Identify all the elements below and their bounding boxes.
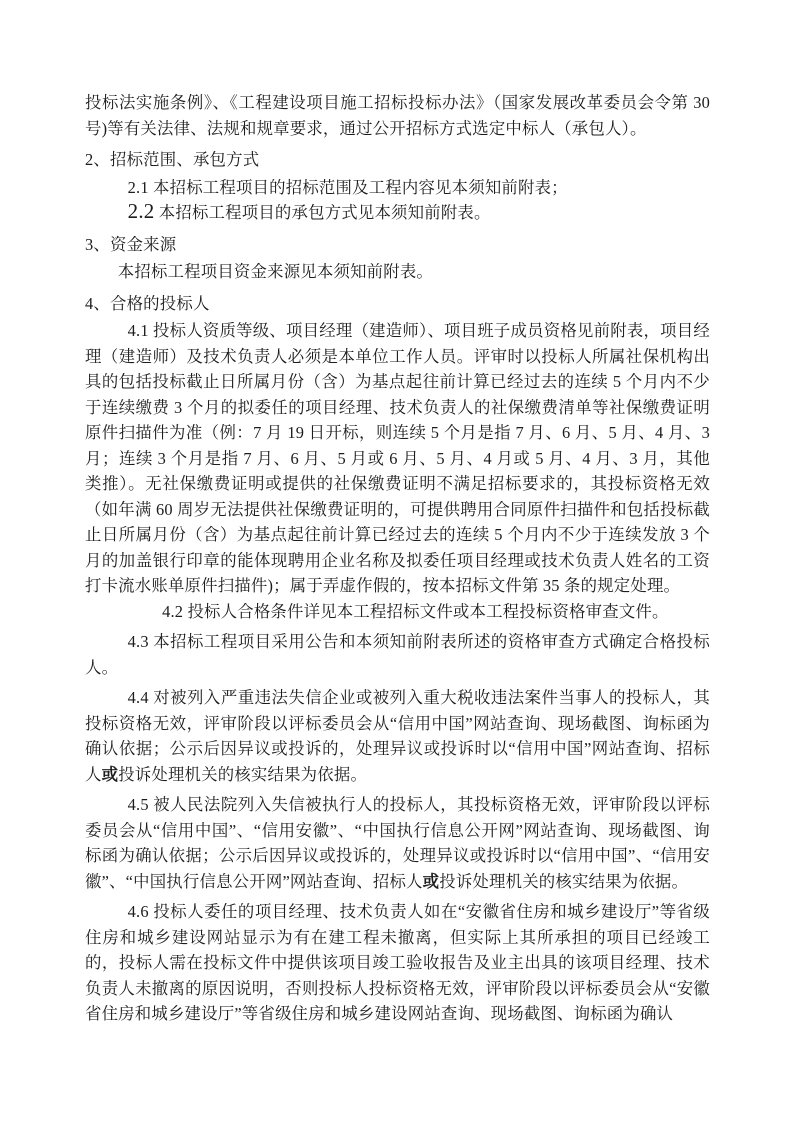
document-page: 投标法实施条例》、《工程建设项目施工招标投标办法》（国家发展改革委员会令第 30… xyxy=(0,0,794,1122)
clause-4-1: 4.1 投标人资质等级、项目经理（建造师）、项目班子成员资格见前附表，项目经理（… xyxy=(85,318,710,599)
text-run: 本招标工程项目的承包方式见本须知前附表。 xyxy=(154,203,490,222)
text-run: 4.2 投标人合格条件详见本工程招标文件或本工程投标资格审查文件。 xyxy=(162,602,669,621)
text-run: 投诉处理机关的核实结果为依据。 xyxy=(439,872,688,891)
text-run: 4、合格的投标人 xyxy=(85,294,210,313)
paragraph-law-basis: 投标法实施条例》、《工程建设项目施工招标投标办法》（国家发展改革委员会令第 30… xyxy=(85,90,710,141)
clause-4-4: 4.4 对被列入严重违法失信企业或被列入重大税收违法案件当事人的投标人，其投标资… xyxy=(85,685,710,787)
bold-text: 或 xyxy=(102,765,119,784)
text-run: 投标法实施条例》、《工程建设项目施工招标投标办法》（国家发展改革委员会令第 30… xyxy=(85,93,710,138)
clause-2-1: 2.1 本招标工程项目的招标范围及工程内容见本须知前附表； xyxy=(85,175,710,201)
section-2-heading: 2、招标范围、承包方式 xyxy=(85,147,710,173)
text-run: 3、资金来源 xyxy=(85,235,176,254)
clause-4-6: 4.6 投标人委任的项目经理、技术负责人如在“安徽省住房和城乡建设厅”等省级住房… xyxy=(85,899,710,1027)
clause-4-3: 4.3 本招标工程项目采用公告和本须知前附表所述的资格审查方式确定合格投标人。 xyxy=(85,629,710,680)
section-4-heading: 4、合格的投标人 xyxy=(85,291,710,317)
clause-2-2: 2.2 本招标工程项目的承包方式见本须知前附表。 xyxy=(85,200,710,226)
text-run: 4.3 本招标工程项目采用公告和本须知前附表所述的资格审查方式确定合格投标人。 xyxy=(85,632,710,677)
text-run: 4.1 投标人资质等级、项目经理（建造师）、项目班子成员资格见前附表，项目经理（… xyxy=(85,321,710,595)
page-content: 投标法实施条例》、《工程建设项目施工招标投标办法》（国家发展改革委员会令第 30… xyxy=(85,90,710,1027)
bold-text: 或 xyxy=(423,872,440,891)
text-run: 2.1 本招标工程项目的招标范围及工程内容见本须知前附表； xyxy=(128,178,568,197)
large-number: 2.2 xyxy=(128,199,155,223)
text-run: 4.6 投标人委任的项目经理、技术负责人如在“安徽省住房和城乡建设厅”等省级住房… xyxy=(85,902,710,1023)
section-3-heading: 3、资金来源 xyxy=(85,232,710,258)
clause-4-2: 4.2 投标人合格条件详见本工程招标文件或本工程投标资格审查文件。 xyxy=(85,599,710,625)
text-run: 2、招标范围、承包方式 xyxy=(85,150,259,169)
clause-4-5: 4.5 被人民法院列入失信被执行人的投标人，其投标资格无效，评审阶段以评标委员会… xyxy=(85,792,710,894)
text-run: 投诉处理机关的核实结果为依据。 xyxy=(118,765,367,784)
clause-3-body: 本招标工程项目资金来源见本须知前附表。 xyxy=(85,259,710,285)
text-run: 本招标工程项目资金来源见本须知前附表。 xyxy=(118,262,433,281)
